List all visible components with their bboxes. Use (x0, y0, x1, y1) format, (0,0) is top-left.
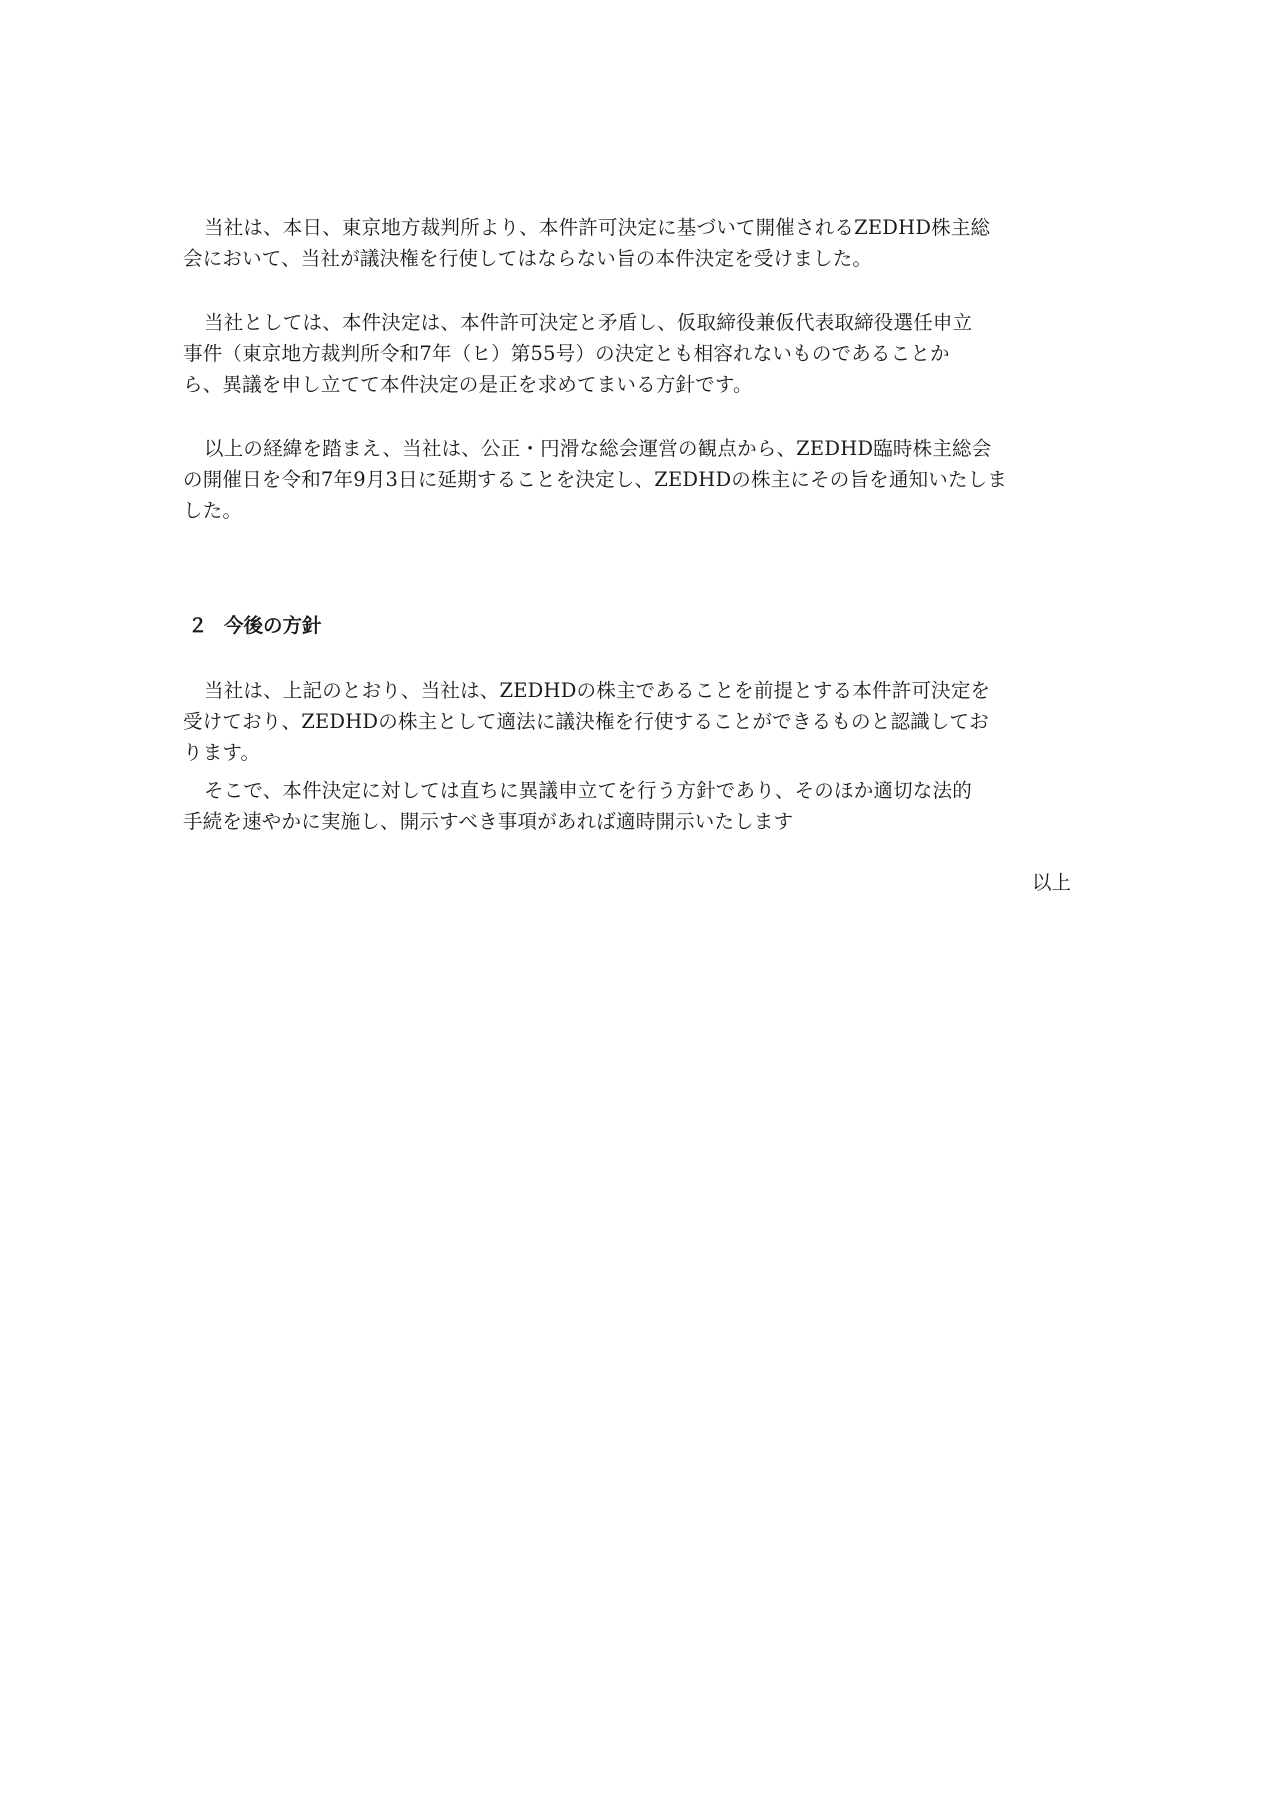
section-heading-future-policy: ２今後の方針 (188, 610, 322, 641)
text-line: 当社は、本日、東京地方裁判所より、本件許可決定に基づいて開催されるZEDHD株主… (183, 212, 990, 243)
text-line: 当社としては、本件決定は、本件許可決定と矛盾し、仮取締役兼仮代表取締役選任申立 (183, 307, 972, 338)
text-line: 会において、当社が議決権を行使してはならない旨の本件決定を受けました。 (183, 243, 990, 274)
paragraph-shareholder-status: 当社は、上記のとおり、当社は、ZEDHDの株主であることを前提とする本件許可決定… (183, 675, 990, 768)
text-line: そこで、本件決定に対しては直ちに異議申立てを行う方針であり、そのほか適切な法的 (183, 775, 972, 806)
paragraph-court-decision: 当社は、本日、東京地方裁判所より、本件許可決定に基づいて開催されるZEDHD株主… (183, 212, 990, 274)
text-line: ります。 (183, 737, 990, 768)
paragraph-objection-policy: 当社としては、本件決定は、本件許可決定と矛盾し、仮取締役兼仮代表取締役選任申立 … (183, 307, 972, 400)
text-line: 手続を速やかに実施し、開示すべき事項があれば適時開示いたします (183, 806, 972, 837)
text-line: の開催日を令和7年9月3日に延期することを決定し、ZEDHDの株主にその旨を通知… (183, 464, 1007, 495)
text-line: した。 (183, 495, 1007, 526)
text-line: 当社は、上記のとおり、当社は、ZEDHDの株主であることを前提とする本件許可決定… (183, 675, 990, 706)
text-line: ら、異議を申し立てて本件決定の是正を求めてまいる方針です。 (183, 369, 972, 400)
paragraph-meeting-postponement: 以上の経緯を踏まえ、当社は、公正・円滑な総会運営の観点から、ZEDHD臨時株主総… (183, 433, 1007, 526)
section-title: 今後の方針 (224, 614, 322, 637)
paragraph-legal-procedures: そこで、本件決定に対しては直ちに異議申立てを行う方針であり、そのほか適切な法的 … (183, 775, 972, 837)
text-line: 事件（東京地方裁判所令和7年（ヒ）第55号）の決定とも相容れないものであることか (183, 338, 972, 369)
text-line: 以上の経緯を踏まえ、当社は、公正・円滑な総会運営の観点から、ZEDHD臨時株主総… (183, 433, 1007, 464)
closing-mark: 以上 (1032, 867, 1071, 898)
text-line: 受けており、ZEDHDの株主として適法に議決権を行使することができるものと認識し… (183, 706, 990, 737)
section-number: ２ (188, 610, 224, 641)
